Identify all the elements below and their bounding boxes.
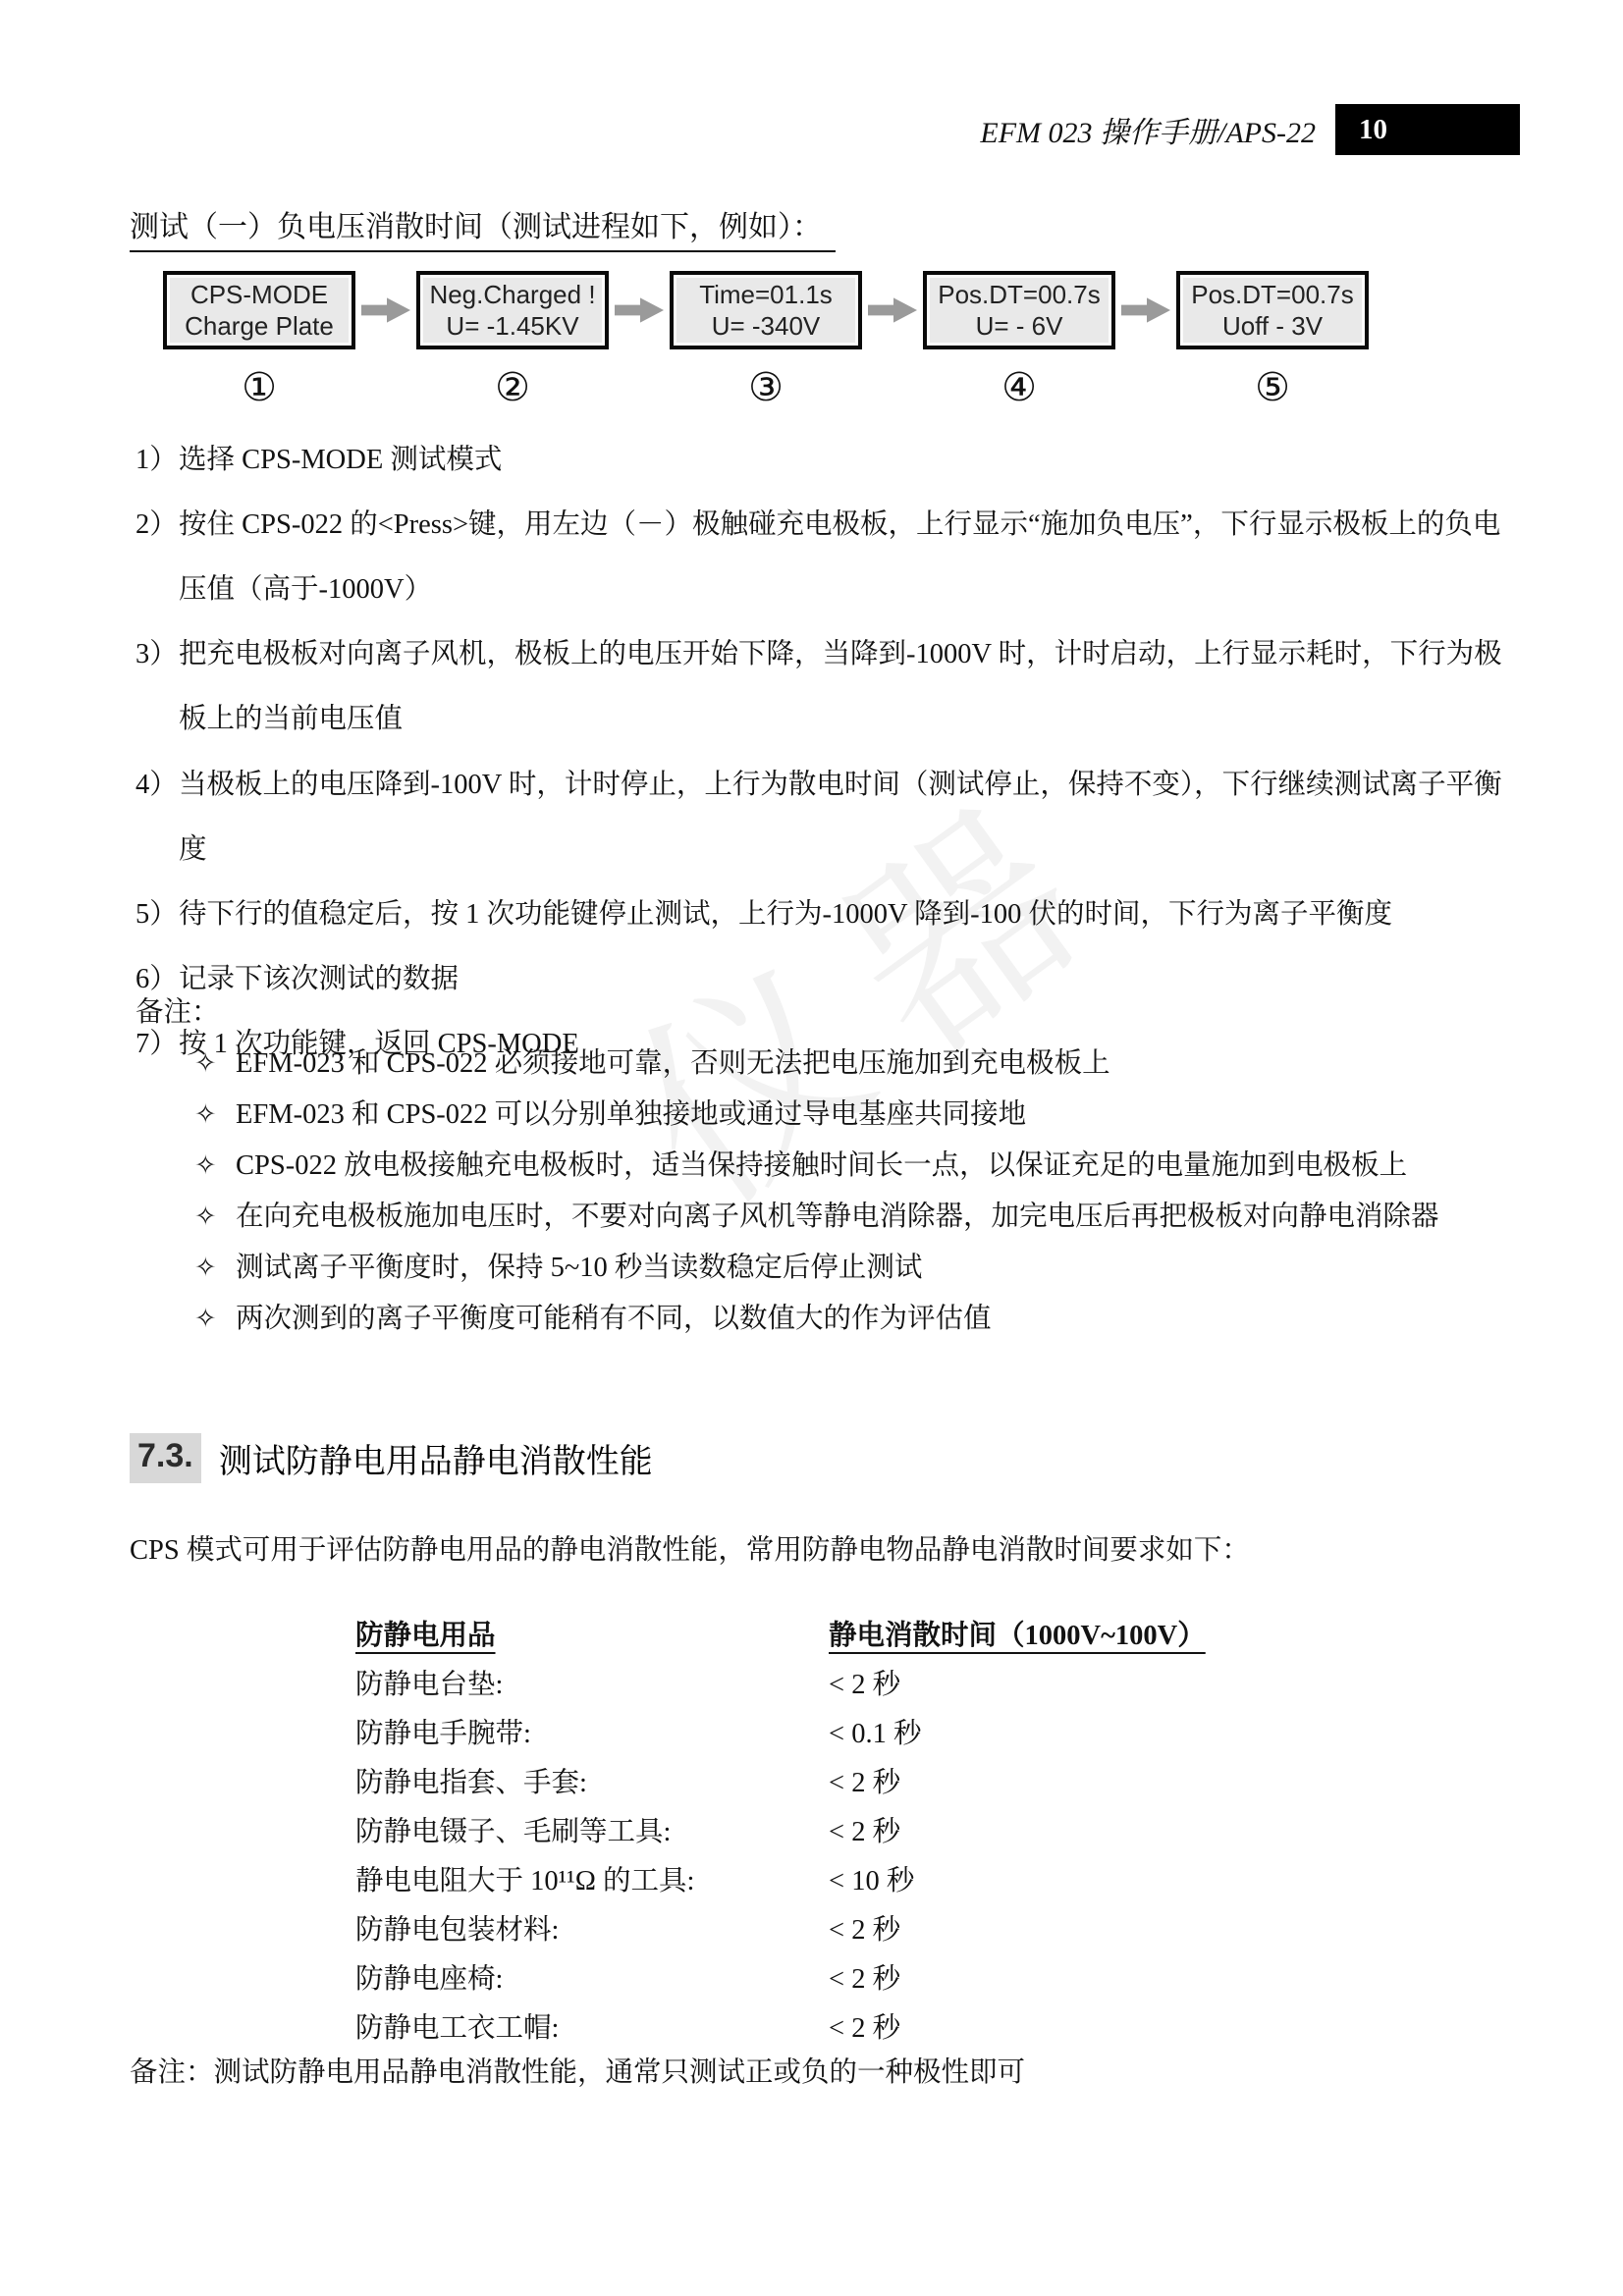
list-item: 3） 把充电极板对向离子风机，极板上的电压开始下降，当降到-1000V 时，计时… — [135, 622, 1522, 752]
list-item: ✧ 测试离子平衡度时，保持 5~10 秒当读数稳定后停止测试 — [135, 1243, 1522, 1294]
flow-box-4: Pos.DT=00.7s U= - 6V — [923, 271, 1115, 349]
esd-dissipation-table: 防静电用品 静电消散时间（1000V~100V） 防静电台垫: < 2 秒 防静… — [355, 1612, 1206, 2054]
list-item-text: 待下行的值稳定后，按 1 次功能键停止测试，上行为-1000V 降到-100 伏… — [179, 899, 1392, 930]
table-header-item-label: 防静电用品 — [355, 1621, 496, 1651]
table-row-item: 防静电包装材料: — [355, 1906, 829, 1955]
table-row-value: < 10 秒 — [829, 1857, 1206, 1906]
flow-box-3-line1: Time=01.1s — [699, 279, 833, 311]
flow-box-5: Pos.DT=00.7s Uoff - 3V — [1176, 271, 1369, 349]
remark-text: CPS-022 放电极接触充电极板时，适当保持接触时间长一点，以保证充足的电量施… — [236, 1150, 1407, 1181]
remark-text: EFM-023 和 CPS-022 必须接地可靠，否则无法把电压施加到充电极板上 — [236, 1048, 1110, 1079]
list-item-text: 把充电极板对向离子风机，极板上的电压开始下降，当降到-1000V 时，计时启动，… — [179, 639, 1502, 734]
list-item-number: 4） — [135, 753, 178, 818]
table-row-item: 防静电镊子、毛刷等工具: — [355, 1808, 829, 1857]
list-item: 2） 按住 CPS-022 的<Press>键，用左边（－）极触碰充电极板，上行… — [135, 493, 1522, 622]
list-item-text: 当极板上的电压降到-100V 时，计时停止，上行为散电时间（测试停止，保持不变）… — [179, 770, 1502, 865]
table-row-item: 防静电指套、手套: — [355, 1759, 829, 1808]
document-title: EFM 023 操作手册/APS-22 — [980, 108, 1316, 151]
table-header-time: 静电消散时间（1000V~100V） — [829, 1612, 1206, 1661]
flow-step-2-number: ② — [495, 365, 530, 410]
flow-box-3-line2: U= -340V — [712, 310, 821, 343]
list-item: ✧ 两次测到的离子平衡度可能稍有不同，以数值大的作为评估值 — [135, 1294, 1522, 1345]
list-item-number: 5） — [135, 882, 178, 947]
section-title: 测试防静电用品静电消散性能 — [219, 1434, 653, 1482]
table-row-item: 防静电手腕带: — [355, 1710, 829, 1759]
table-row-value: < 0.1 秒 — [829, 1710, 1206, 1759]
diamond-bullet-icon: ✧ — [194, 1243, 217, 1294]
diamond-bullet-icon: ✧ — [194, 1294, 217, 1345]
flow-step-5-number: ⑤ — [1255, 365, 1290, 410]
flow-box-1-line1: CPS-MODE — [190, 279, 328, 311]
flow-box-2-line2: U= -1.45KV — [446, 310, 578, 343]
list-item: ✧ 在向充电极板施加电压时，不要对向离子风机等静电消除器，加完电压后再把极板对向… — [135, 1192, 1522, 1243]
test-flow-diagram: CPS-MODE Charge Plate ① Neg.Charged ! U=… — [163, 271, 1369, 410]
section-heading-7-3: 7.3. 测试防静电用品静电消散性能 — [130, 1433, 653, 1483]
flow-step-5: Pos.DT=00.7s Uoff - 3V ⑤ — [1176, 271, 1369, 410]
list-item: ✧ EFM-023 和 CPS-022 可以分别单独接地或通过导电基座共同接地 — [135, 1090, 1522, 1141]
section-number: 7.3. — [130, 1433, 201, 1483]
footer-note: 备注：测试防静电用品静电消散性能，通常只测试正或负的一种极性即可 — [130, 2050, 1520, 2090]
test-procedure-title: 测试（一）负电压消散时间（测试进程如下，例如）： — [130, 202, 836, 252]
flow-step-4: Pos.DT=00.7s U= - 6V ④ — [923, 271, 1115, 410]
table-row-value: < 2 秒 — [829, 1759, 1206, 1808]
list-item-number: 2） — [135, 493, 178, 558]
list-item-number: 3） — [135, 622, 178, 687]
diamond-bullet-icon: ✧ — [194, 1141, 217, 1192]
flow-step-3: Time=01.1s U= -340V ③ — [670, 271, 862, 410]
flow-box-4-line2: U= - 6V — [976, 310, 1063, 343]
table-row-value: < 2 秒 — [829, 2004, 1206, 2054]
list-item-text: 按住 CPS-022 的<Press>键，用左边（－）极触碰充电极板，上行显示“… — [179, 509, 1500, 605]
table-row-value: < 2 秒 — [829, 1661, 1206, 1710]
procedure-steps-list: 1） 选择 CPS-MODE 测试模式 2） 按住 CPS-022 的<Pres… — [135, 428, 1522, 1077]
diamond-bullet-icon: ✧ — [194, 1090, 217, 1141]
remark-text: 在向充电极板施加电压时，不要对向离子风机等静电消除器，加完电压后再把极板对向静电… — [236, 1201, 1439, 1232]
list-item-text: 选择 CPS-MODE 测试模式 — [179, 445, 502, 475]
arrow-right-icon — [868, 295, 917, 325]
arrow-right-icon — [615, 295, 664, 325]
list-item: 4） 当极板上的电压降到-100V 时，计时停止，上行为散电时间（测试停止，保持… — [135, 753, 1522, 882]
table-header-time-label: 静电消散时间（1000V~100V） — [829, 1621, 1206, 1651]
flow-box-2-line1: Neg.Charged ! — [429, 279, 595, 311]
table-row-item: 防静电台垫: — [355, 1661, 829, 1710]
page-header: EFM 023 操作手册/APS-22 10 — [130, 104, 1520, 155]
list-item: ✧ EFM-023 和 CPS-022 必须接地可靠，否则无法把电压施加到充电极… — [135, 1039, 1522, 1090]
flow-box-4-line1: Pos.DT=00.7s — [938, 279, 1100, 311]
arrow-right-icon — [361, 295, 410, 325]
table-row-value: < 2 秒 — [829, 1955, 1206, 2004]
flow-step-2: Neg.Charged ! U= -1.45KV ② — [416, 271, 609, 410]
page-number-box: 10 — [1335, 104, 1520, 155]
list-item: 1） 选择 CPS-MODE 测试模式 — [135, 428, 1522, 493]
flow-box-1-line2: Charge Plate — [185, 310, 334, 343]
arrow-right-icon — [1121, 295, 1170, 325]
flow-step-4-number: ④ — [1001, 365, 1037, 410]
list-item: ✧ CPS-022 放电极接触充电极板时，适当保持接触时间长一点，以保证充足的电… — [135, 1141, 1522, 1192]
remarks-section: 备注： ✧ EFM-023 和 CPS-022 必须接地可靠，否则无法把电压施加… — [135, 988, 1522, 1345]
list-item-number: 1） — [135, 428, 178, 493]
table-header-item: 防静电用品 — [355, 1612, 829, 1661]
flow-box-5-line2: Uoff - 3V — [1222, 310, 1323, 343]
flow-step-1: CPS-MODE Charge Plate ① — [163, 271, 355, 410]
flow-box-3: Time=01.1s U= -340V — [670, 271, 862, 349]
table-row-value: < 2 秒 — [829, 1906, 1206, 1955]
flow-step-1-number: ① — [242, 365, 277, 410]
remark-text: 两次测到的离子平衡度可能稍有不同，以数值大的作为评估值 — [236, 1304, 992, 1334]
flow-box-2: Neg.Charged ! U= -1.45KV — [416, 271, 609, 349]
remark-text: 测试离子平衡度时，保持 5~10 秒当读数稳定后停止测试 — [236, 1253, 922, 1283]
list-item: 5） 待下行的值稳定后，按 1 次功能键停止测试，上行为-1000V 降到-10… — [135, 882, 1522, 947]
diamond-bullet-icon: ✧ — [194, 1192, 217, 1243]
table-row-value: < 2 秒 — [829, 1808, 1206, 1857]
flow-box-5-line1: Pos.DT=00.7s — [1191, 279, 1353, 311]
flow-box-1: CPS-MODE Charge Plate — [163, 271, 355, 349]
remark-text: EFM-023 和 CPS-022 可以分别单独接地或通过导电基座共同接地 — [236, 1099, 1026, 1130]
flow-step-3-number: ③ — [748, 365, 784, 410]
page-number: 10 — [1335, 114, 1387, 146]
table-row-item: 防静电工衣工帽: — [355, 2004, 829, 2054]
table-row-item: 防静电座椅: — [355, 1955, 829, 2004]
diamond-bullet-icon: ✧ — [194, 1039, 217, 1090]
remarks-label: 备注： — [135, 988, 1522, 1039]
table-row-item: 静电电阻大于 10¹¹Ω 的工具: — [355, 1857, 829, 1906]
cps-mode-paragraph: CPS 模式可用于评估防静电用品的静电消散性能，常用防静电物品静电消散时间要求如… — [130, 1527, 1520, 1568]
